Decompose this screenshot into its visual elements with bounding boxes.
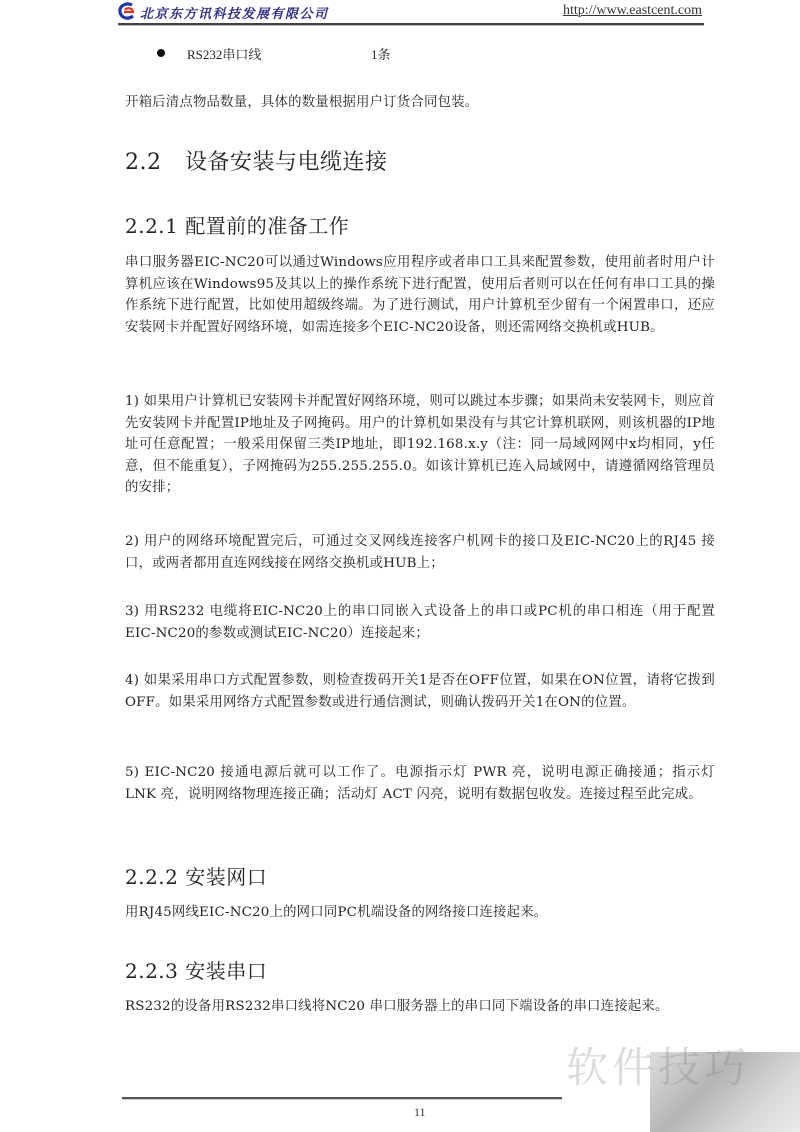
- footer-divider: [122, 1097, 562, 1100]
- eastcent-e-logo-icon: [118, 2, 138, 20]
- subsection-heading-2-2-3: 2.2.3 安装串口: [125, 955, 267, 984]
- page-number: 11: [414, 1105, 426, 1120]
- bullet-icon: [157, 49, 165, 57]
- install-serial-port-paragraph: RS232的设备用RS232串口线将NC20 串口服务器上的串口同下端设备的串口…: [125, 996, 715, 1018]
- section-number: 2.2: [125, 150, 185, 175]
- subsection-heading-2-2-1: 2.2.1 配置前的准备工作: [125, 210, 349, 239]
- prep-step-5: 5) EIC-NC20 接通电源后就可以工作了。电源指示灯 PWR 亮，说明电源…: [125, 762, 715, 805]
- header-divider: [118, 23, 704, 26]
- page-header: 北京东方讯科技发展有限公司 http://www.eastcent.com: [118, 0, 708, 24]
- prep-step-3: 3) 用RS232 电缆将EIC-NC20上的串口同嵌入式设备上的串口或PC机的…: [125, 601, 715, 644]
- packing-item-quantity: 1条: [371, 44, 391, 63]
- install-network-port-paragraph: 用RJ45网线EIC-NC20上的网口同PC机端设备的网络接口连接起来。: [125, 902, 715, 924]
- watermark-text: 软件技巧: [566, 1035, 750, 1095]
- prep-intro-paragraph: 串口服务器EIC-NC20可以通过Windows应用程序或者串口工具来配置参数，…: [125, 252, 715, 338]
- section-title: 设备安装与电缆连接: [185, 150, 388, 175]
- subsection-heading-2-2-2: 2.2.2 安装网口: [125, 861, 267, 890]
- company-name: 北京东方讯科技发展有限公司: [140, 3, 329, 22]
- company-url-link[interactable]: http://www.eastcent.com: [563, 3, 702, 19]
- prep-step-4: 4) 如果采用串口方式配置参数，则检查拨码开关1是否在OFF位置，如果在ON位置…: [125, 670, 715, 713]
- packing-item-label: RS232串口线: [187, 44, 261, 63]
- unpack-note: 开箱后清点物品数量，具体的数量根据用户订货合同包装。: [125, 92, 715, 114]
- prep-step-2: 2) 用户的网络环境配置完后，可通过交叉网线连接客户机网卡的接口及EIC-NC2…: [125, 531, 715, 574]
- prep-step-1: 1) 如果用户计算机已安装网卡并配置好网络环境，则可以跳过本步骤；如果尚未安装网…: [125, 391, 715, 499]
- section-heading: 2.2设备安装与电缆连接: [125, 145, 388, 176]
